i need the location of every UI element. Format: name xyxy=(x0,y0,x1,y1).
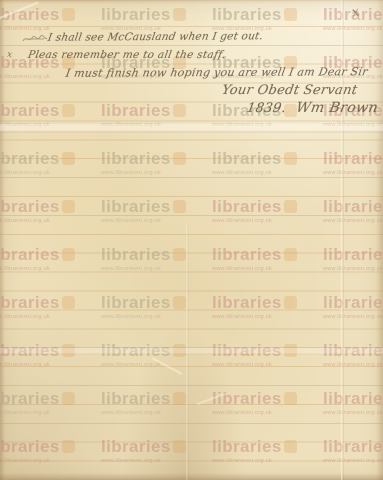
watermark-libraries: librarieswww.librariesni.org.uk xyxy=(0,102,98,129)
watermark-text: libraries xyxy=(0,150,98,167)
watermark-url: www.librariesni.org.uk xyxy=(212,267,320,273)
watermark-text: libraries xyxy=(101,6,209,23)
watermark-text: libraries xyxy=(0,198,98,215)
watermark-url: www.librariesni.org.uk xyxy=(323,363,383,369)
watermark-libraries: librarieswww.librariesni.org.uk xyxy=(323,342,383,369)
libraries-ni-logo-mark xyxy=(62,248,75,261)
watermark-url: www.librariesni.org.uk xyxy=(0,363,98,369)
watermark-url: www.librariesni.org.uk xyxy=(101,315,209,321)
watermark-url: www.librariesni.org.uk xyxy=(323,315,383,321)
watermark-libraries: librarieswww.librariesni.org.uk xyxy=(0,6,98,33)
watermark-libraries: librarieswww.librariesni.org.uk xyxy=(0,294,98,321)
watermark-url: www.librariesni.org.uk xyxy=(212,411,320,417)
libraries-ni-logo-mark xyxy=(62,392,75,405)
watermark-text: libraries xyxy=(323,150,383,167)
watermark-url: www.librariesni.org.uk xyxy=(0,459,98,465)
watermark-libraries: librarieswww.librariesni.org.uk xyxy=(323,198,383,225)
watermark-url: www.librariesni.org.uk xyxy=(323,123,383,129)
libraries-ni-logo-mark xyxy=(173,104,186,117)
watermark-libraries: librarieswww.librariesni.org.uk xyxy=(101,198,209,225)
libraries-ni-logo-mark xyxy=(62,104,75,117)
watermark-text: libraries xyxy=(0,294,98,311)
watermark-libraries: librarieswww.librariesni.org.uk xyxy=(0,150,98,177)
watermark-url: www.librariesni.org.uk xyxy=(323,27,383,33)
watermark-url: www.librariesni.org.uk xyxy=(0,171,98,177)
libraries-ni-logo-mark xyxy=(173,8,186,21)
watermark-text: libraries xyxy=(0,342,98,359)
watermark-libraries: librarieswww.librariesni.org.uk xyxy=(0,342,98,369)
watermark-libraries: librarieswww.librariesni.org.uk xyxy=(212,198,320,225)
watermark-libraries: librarieswww.librariesni.org.uk xyxy=(212,390,320,417)
watermark-url: www.librariesni.org.uk xyxy=(212,363,320,369)
libraries-ni-logo-mark xyxy=(173,344,186,357)
libraries-ni-logo-mark xyxy=(62,344,75,357)
watermark-text: libraries xyxy=(101,342,209,359)
watermark-text: libraries xyxy=(101,198,209,215)
letter-signature-line: 1839.Wm Brown xyxy=(246,100,380,116)
watermark-url: www.librariesni.org.uk xyxy=(101,171,209,177)
watermark-text: libraries xyxy=(0,246,98,263)
watermark-libraries: librarieswww.librariesni.org.uk xyxy=(101,390,209,417)
watermark-url: www.librariesni.org.uk xyxy=(101,363,209,369)
watermark-text: libraries xyxy=(101,150,209,167)
libraries-ni-logo-mark xyxy=(284,248,297,261)
libraries-ni-logo-mark xyxy=(173,440,186,453)
watermark-libraries: librarieswww.librariesni.org.uk xyxy=(323,150,383,177)
watermark-libraries: librarieswww.librariesni.org.uk xyxy=(101,342,209,369)
watermark-url: www.librariesni.org.uk xyxy=(212,219,320,225)
libraries-ni-logo-mark xyxy=(284,8,297,21)
watermark-libraries: librarieswww.librariesni.org.uk xyxy=(0,438,98,465)
watermark-text: libraries xyxy=(0,102,98,119)
watermark-libraries: librarieswww.librariesni.org.uk xyxy=(0,246,98,273)
watermark-url: www.librariesni.org.uk xyxy=(0,315,98,321)
watermark-libraries: librarieswww.librariesni.org.uk xyxy=(101,246,209,273)
watermark-url: www.librariesni.org.uk xyxy=(0,267,98,273)
libraries-ni-logo-mark xyxy=(62,8,75,21)
watermark-libraries: librarieswww.librariesni.org.uk xyxy=(101,438,209,465)
watermark-url: www.librariesni.org.uk xyxy=(0,219,98,225)
libraries-ni-logo-mark xyxy=(62,200,75,213)
watermark-url: www.librariesni.org.uk xyxy=(101,267,209,273)
watermark-text: libraries xyxy=(212,6,320,23)
libraries-ni-logo-mark xyxy=(62,440,75,453)
watermark-libraries: librarieswww.librariesni.org.uk xyxy=(101,150,209,177)
watermark-libraries: librarieswww.librariesni.org.uk xyxy=(101,6,209,33)
libraries-ni-logo-mark xyxy=(173,152,186,165)
libraries-ni-logo-mark xyxy=(173,248,186,261)
libraries-ni-logo-mark xyxy=(173,296,186,309)
illegible-word-scribble xyxy=(22,33,48,45)
watermark-libraries: librarieswww.librariesni.org.uk xyxy=(212,150,320,177)
watermark-url: www.librariesni.org.uk xyxy=(323,267,383,273)
letter-line-3: I must finish now hoping you are well I … xyxy=(65,65,369,80)
watermark-url: www.librariesni.org.uk xyxy=(212,171,320,177)
watermark-text: libraries xyxy=(0,390,98,407)
watermark-text: libraries xyxy=(212,246,320,263)
watermark-url: www.librariesni.org.uk xyxy=(0,123,98,129)
libraries-ni-logo-mark xyxy=(173,392,186,405)
watermark-text: libraries xyxy=(212,438,320,455)
watermark-text: libraries xyxy=(323,438,383,455)
watermark-libraries: librarieswww.librariesni.org.uk xyxy=(323,390,383,417)
watermark-text: libraries xyxy=(101,246,209,263)
watermark-text: libraries xyxy=(323,294,383,311)
watermark-text: libraries xyxy=(101,294,209,311)
watermark-libraries: librarieswww.librariesni.org.uk xyxy=(323,246,383,273)
watermark-text: libraries xyxy=(212,342,320,359)
watermark-text: libraries xyxy=(323,198,383,215)
signature-name: Wm Brown xyxy=(295,100,380,116)
libraries-ni-logo-mark xyxy=(284,152,297,165)
watermark-libraries: librarieswww.librariesni.org.uk xyxy=(101,102,209,129)
watermark-text: libraries xyxy=(212,294,320,311)
watermark-libraries: librarieswww.librariesni.org.uk xyxy=(212,294,320,321)
letter-line-2: Pleas remember me to all the staff. xyxy=(27,49,227,61)
watermark-url: www.librariesni.org.uk xyxy=(212,459,320,465)
libraries-ni-logo-mark xyxy=(284,344,297,357)
letter-closing: Your Obedt Servant xyxy=(221,83,359,98)
watermark-text: libraries xyxy=(0,6,98,23)
watermark-text: libraries xyxy=(101,102,209,119)
watermark-text: libraries xyxy=(212,198,320,215)
watermark-text: libraries xyxy=(323,342,383,359)
watermark-text: libraries xyxy=(101,438,209,455)
watermark-libraries: librarieswww.librariesni.org.uk xyxy=(0,198,98,225)
watermark-libraries: librarieswww.librariesni.org.uk xyxy=(212,342,320,369)
watermark-libraries: librarieswww.librariesni.org.uk xyxy=(101,294,209,321)
signature-date: 1839. xyxy=(246,101,288,116)
watermark-url: www.librariesni.org.uk xyxy=(323,219,383,225)
libraries-ni-logo-mark xyxy=(284,200,297,213)
watermark-text: libraries xyxy=(212,150,320,167)
watermark-text: libraries xyxy=(212,390,320,407)
letter-line-1: I shall see McCausland when I get out. xyxy=(47,30,264,44)
watermark-url: www.librariesni.org.uk xyxy=(101,411,209,417)
watermark-libraries: librarieswww.librariesni.org.uk xyxy=(0,390,98,417)
watermark-text: libraries xyxy=(323,246,383,263)
watermark-libraries: librarieswww.librariesni.org.uk xyxy=(323,438,383,465)
watermark-url: www.librariesni.org.uk xyxy=(0,411,98,417)
watermark-url: www.librariesni.org.uk xyxy=(323,411,383,417)
watermark-text: libraries xyxy=(0,438,98,455)
letter-scan-page: librarieswww.librariesni.org.uklibraries… xyxy=(0,0,383,480)
watermark-url: www.librariesni.org.uk xyxy=(101,123,209,129)
watermark-url: www.librariesni.org.uk xyxy=(323,459,383,465)
watermark-text: libraries xyxy=(323,390,383,407)
libraries-ni-logo-mark xyxy=(62,152,75,165)
libraries-ni-logo-mark xyxy=(62,296,75,309)
watermark-url: www.librariesni.org.uk xyxy=(212,123,320,129)
watermark-libraries: librarieswww.librariesni.org.uk xyxy=(212,438,320,465)
watermark-url: www.librariesni.org.uk xyxy=(212,315,320,321)
watermark-text: libraries xyxy=(101,390,209,407)
watermark-url: www.librariesni.org.uk xyxy=(101,459,209,465)
libraries-ni-logo-mark xyxy=(173,200,186,213)
libraries-ni-logo-mark xyxy=(284,296,297,309)
watermark-url: www.librariesni.org.uk xyxy=(101,219,209,225)
libraries-ni-logo-mark xyxy=(284,392,297,405)
watermark-libraries: librarieswww.librariesni.org.uk xyxy=(323,294,383,321)
watermark-libraries: librarieswww.librariesni.org.uk xyxy=(212,6,320,33)
watermark-libraries: librarieswww.librariesni.org.uk xyxy=(212,246,320,273)
libraries-ni-logo-mark xyxy=(284,440,297,453)
watermark-url: www.librariesni.org.uk xyxy=(323,171,383,177)
